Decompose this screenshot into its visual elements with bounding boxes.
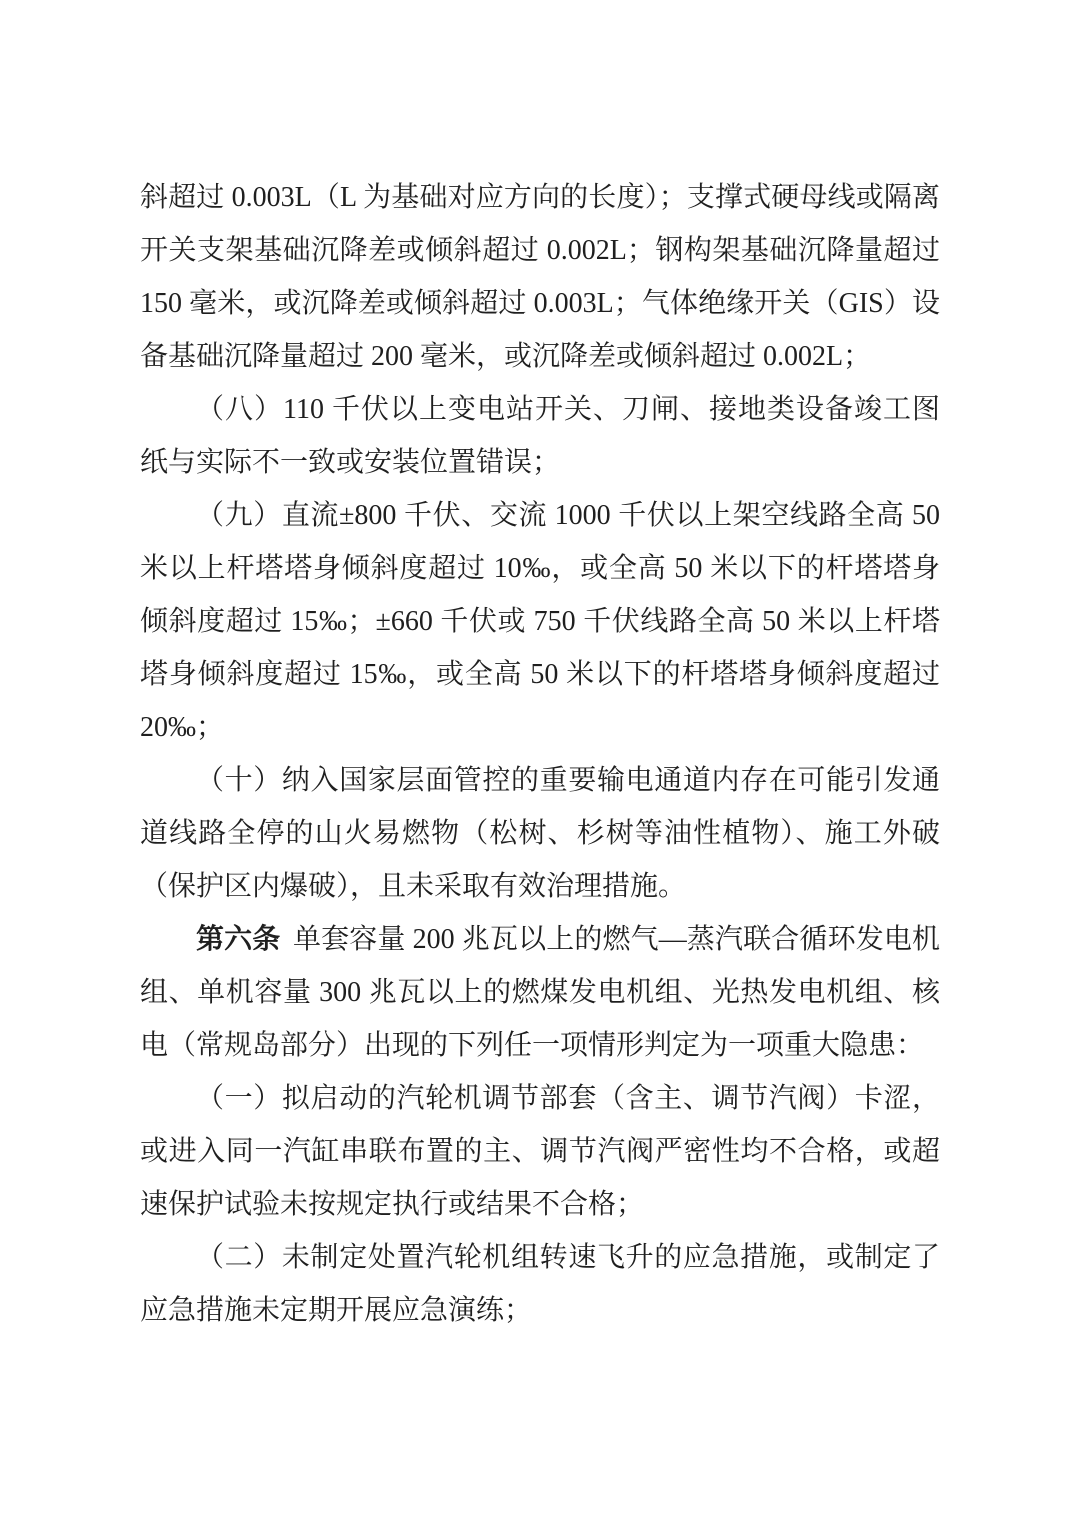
paragraph-continuation: 斜超过 0.003L（L 为基础对应方向的长度）；支撑式硬母线或隔离开关支架基础…	[140, 171, 940, 383]
clause-item-2: （二）未制定处置汽轮机组转速飞升的应急措施，或制定了应急措施未定期开展应急演练；	[140, 1231, 940, 1337]
article-6-label: 第六条	[196, 924, 280, 955]
clause-item-1: （一）拟启动的汽轮机调节部套（含主、调节汽阀）卡涩，或进入同一汽缸串联布置的主、…	[140, 1072, 940, 1231]
clause-item-9: （九）直流±800 千伏、交流 1000 千伏以上架空线路全高 50 米以上杆塔…	[140, 489, 940, 754]
clause-item-10: （十）纳入国家层面管控的重要输电通道内存在可能引发通道线路全停的山火易燃物（松树…	[140, 754, 940, 913]
document-page: 斜超过 0.003L（L 为基础对应方向的长度）；支撑式硬母线或隔离开关支架基础…	[0, 0, 1080, 1527]
article-6-paragraph: 第六条单套容量 200 兆瓦以上的燃气—蒸汽联合循环发电机组、单机容量 300 …	[140, 913, 940, 1072]
clause-item-8: （八）110 千伏以上变电站开关、刀闸、接地类设备竣工图纸与实际不一致或安装位置…	[140, 383, 940, 489]
